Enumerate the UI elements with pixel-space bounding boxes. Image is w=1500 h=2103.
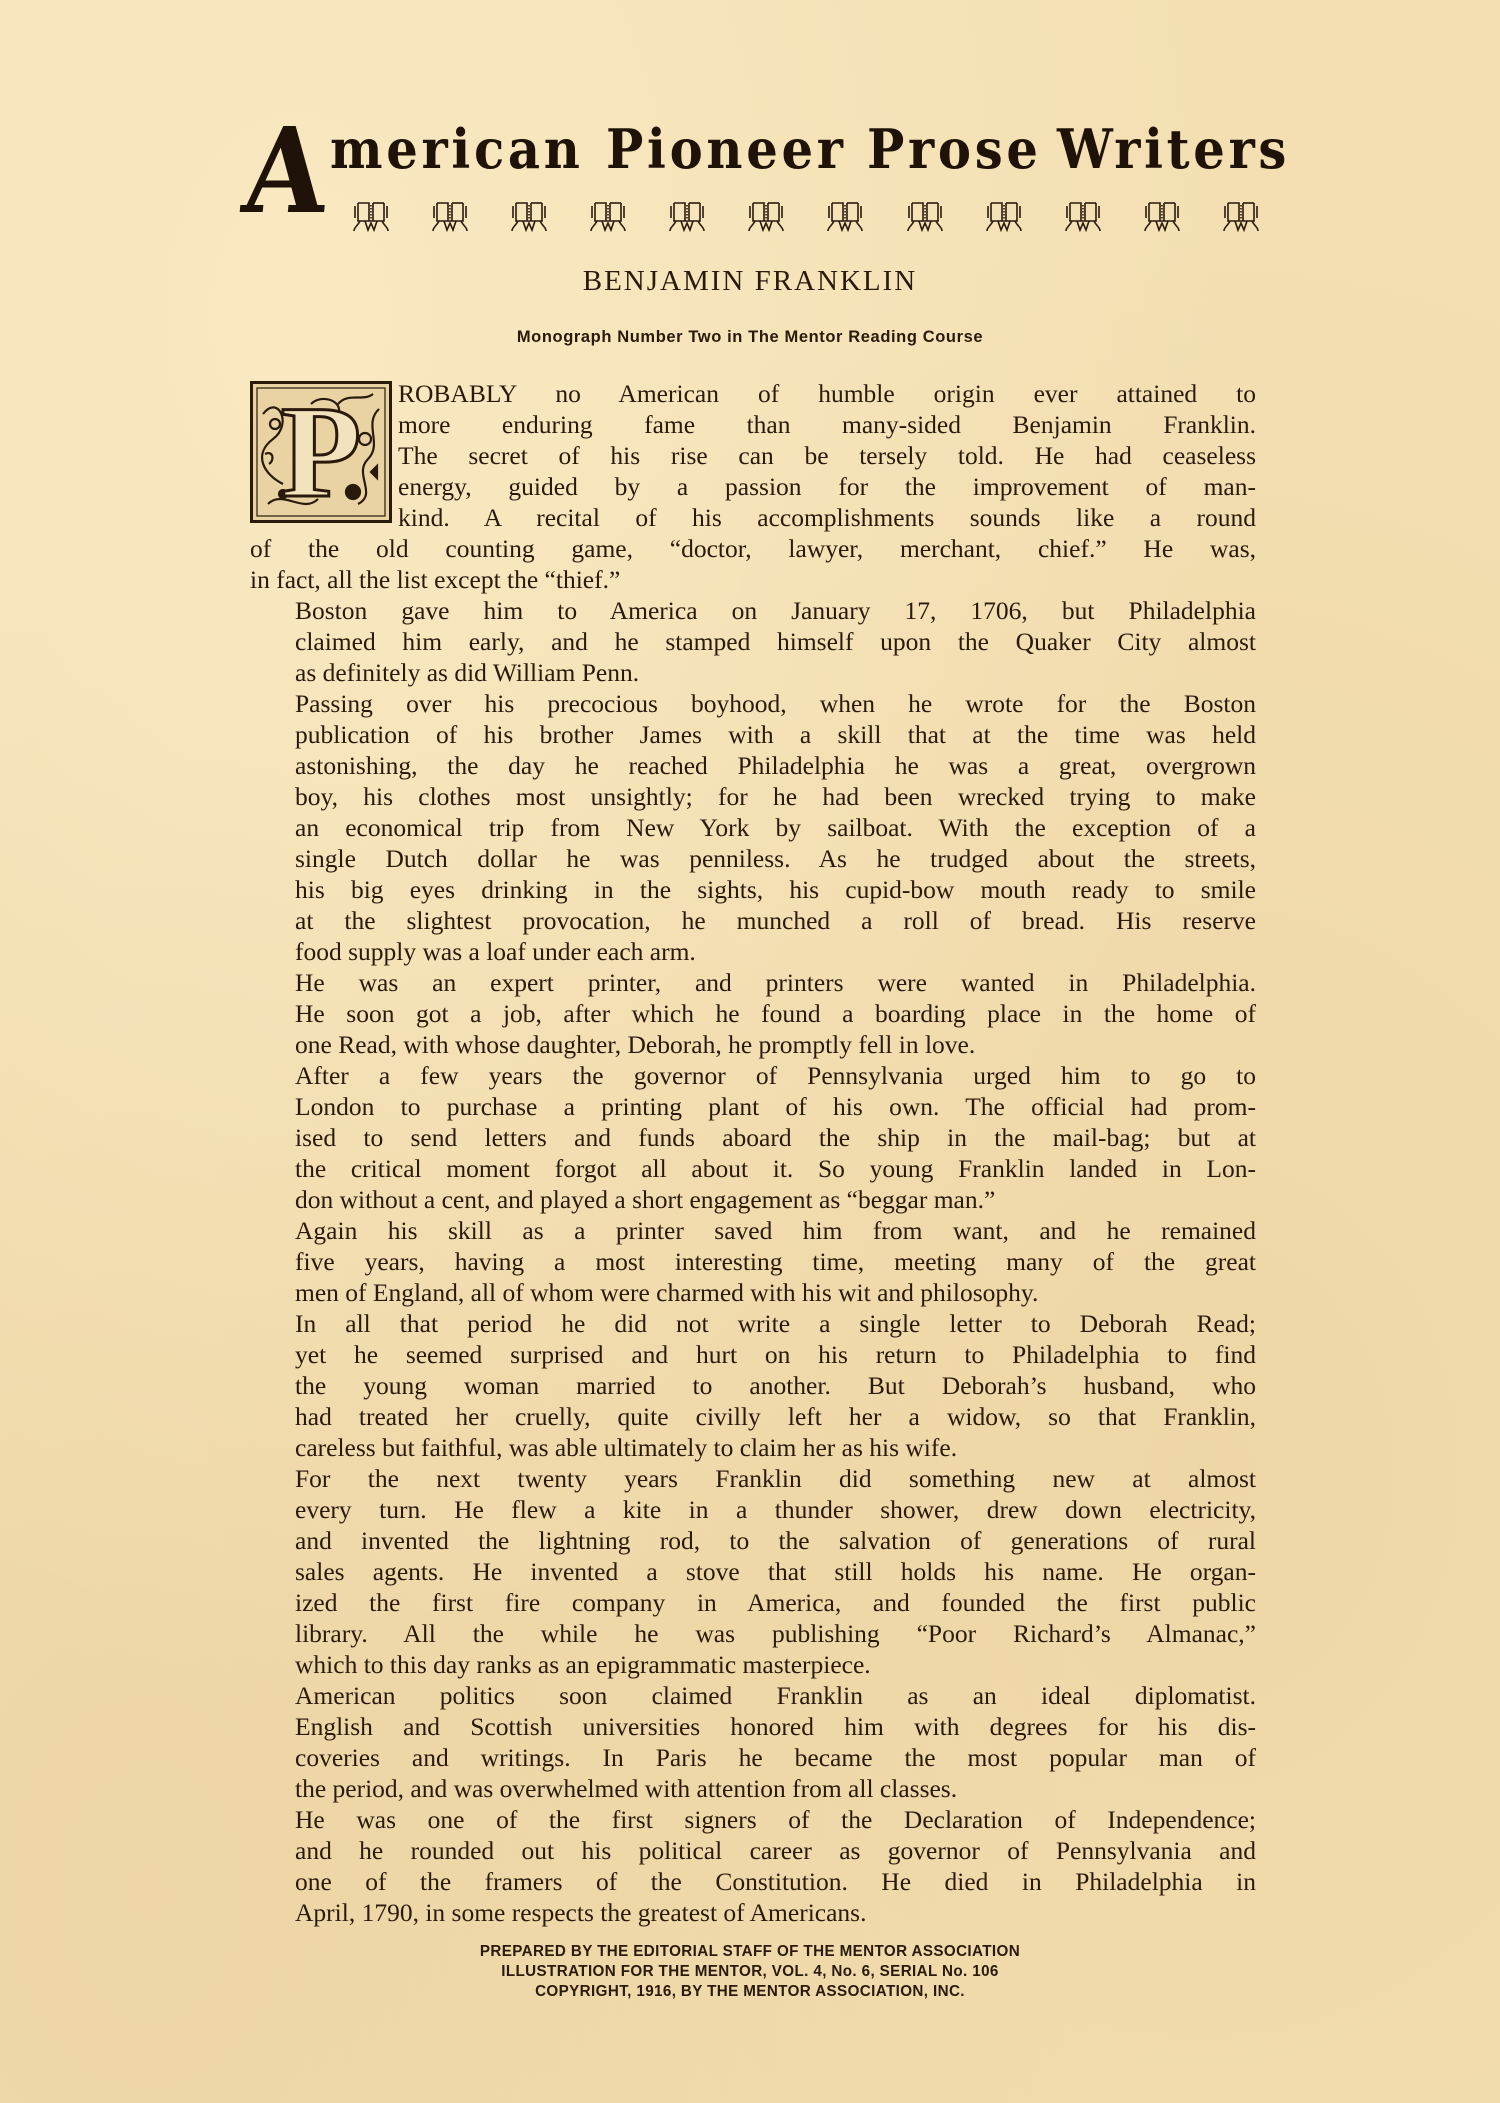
text-line: For the next twenty years Franklin did s… xyxy=(250,1463,1256,1494)
text-line: food supply was a loaf under each arm. xyxy=(250,936,1256,967)
article-body: P ROBABLY no American of humble origin e… xyxy=(250,378,1256,1928)
page-title: merican Pioneer Prose Writers xyxy=(330,122,1260,176)
text-line: Boston gave him to America on January 17… xyxy=(250,595,1256,626)
text-line: five years, having a most interesting ti… xyxy=(250,1246,1256,1277)
text-line: the critical moment forgot all about it.… xyxy=(250,1153,1256,1184)
ornament-row xyxy=(352,200,1260,243)
text-line: at the slightest provocation, he munched… xyxy=(250,905,1256,936)
title-word: Pioneer xyxy=(606,122,847,176)
text-line: the young woman married to another. But … xyxy=(250,1370,1256,1401)
document-page: A merican Pioneer Prose Writers BENJAMIN… xyxy=(0,0,1500,2103)
text-line: single Dutch dollar he was penniless. As… xyxy=(250,843,1256,874)
title-word: Prose xyxy=(867,122,1042,176)
text-line: He was an expert printer, and printers w… xyxy=(250,967,1256,998)
text-line: one Read, with whose daughter, Deborah, … xyxy=(250,1029,1256,1060)
text-line: men of England, all of whom were charmed… xyxy=(250,1277,1256,1308)
text-line: In all that period he did not write a si… xyxy=(250,1308,1256,1339)
text-line: publication of his brother James with a … xyxy=(250,719,1256,750)
book-ornament-icon xyxy=(1143,200,1181,243)
book-ornament-icon xyxy=(826,200,864,243)
text-line: After a few years the governor of Pennsy… xyxy=(250,1060,1256,1091)
book-ornament-icon xyxy=(906,200,944,243)
text-line: and invented the lightning rod, to the s… xyxy=(250,1525,1256,1556)
text-line: The secret of his rise can be tersely to… xyxy=(250,440,1256,471)
text-line: April, 1790, in some respects the greate… xyxy=(250,1897,1256,1928)
text-line: the period, and was overwhelmed with att… xyxy=(250,1773,1256,1804)
footer-illustration-ref: ILLUSTRATION FOR THE MENTOR, VOL. 4, No.… xyxy=(38,1962,1463,1982)
paragraph: For the next twenty years Franklin did s… xyxy=(250,1463,1256,1680)
text-line: Again his skill as a printer saved him f… xyxy=(250,1215,1256,1246)
book-ornament-icon xyxy=(668,200,706,243)
footer-copyright: COPYRIGHT, 1916, BY THE MENTOR ASSOCIATI… xyxy=(38,1982,1463,2002)
title-initial: A xyxy=(239,112,333,230)
subtitle: Monograph Number Two in The Mentor Readi… xyxy=(0,328,1500,347)
text-line: which to this day ranks as an epigrammat… xyxy=(250,1649,1256,1680)
text-line: his big eyes drinking in the sights, his… xyxy=(250,874,1256,905)
book-ornament-icon xyxy=(352,200,390,243)
text-line: of the old counting game, “doctor, lawye… xyxy=(250,533,1256,564)
drop-cap-letter: P xyxy=(253,384,389,520)
paragraph: In all that period he did not write a si… xyxy=(250,1308,1256,1463)
text-line: had treated her cruelly, quite civilly l… xyxy=(250,1401,1256,1432)
book-ornament-icon xyxy=(431,200,469,243)
text-line: London to purchase a printing plant of h… xyxy=(250,1091,1256,1122)
text-line: in fact, all the list except the “thief.… xyxy=(250,564,1256,595)
text-line: more enduring fame than many-sided Benja… xyxy=(250,409,1256,440)
text-line: as definitely as did William Penn. xyxy=(250,657,1256,688)
text-line: American politics soon claimed Franklin … xyxy=(250,1680,1256,1711)
paragraph: ROBABLY no American of humble origin eve… xyxy=(250,378,1256,595)
text-line: don without a cent, and played a short e… xyxy=(250,1184,1256,1215)
text-line: He soon got a job, after which he found … xyxy=(250,998,1256,1029)
text-line: every turn. He flew a kite in a thunder … xyxy=(250,1494,1256,1525)
book-ornament-icon xyxy=(747,200,785,243)
paragraph: After a few years the governor of Pennsy… xyxy=(250,1060,1256,1215)
text-line: English and Scottish universities honore… xyxy=(250,1711,1256,1742)
title-word: Writers xyxy=(1057,122,1290,176)
text-line: library. All the while he was publishing… xyxy=(250,1618,1256,1649)
book-ornament-icon xyxy=(1064,200,1102,243)
text-line: yet he seemed surprised and hurt on his … xyxy=(250,1339,1256,1370)
text-line: energy, guided by a passion for the impr… xyxy=(250,471,1256,502)
text-line: one of the framers of the Constitution. … xyxy=(250,1866,1256,1897)
text-line: ized the first fire company in America, … xyxy=(250,1587,1256,1618)
paragraph: Passing over his precocious boyhood, whe… xyxy=(250,688,1256,967)
paragraph: He was one of the first signers of the D… xyxy=(250,1804,1256,1928)
text-line: and he rounded out his political career … xyxy=(250,1835,1256,1866)
text-line: He was one of the first signers of the D… xyxy=(250,1804,1256,1835)
subject-heading: BENJAMIN FRANKLIN xyxy=(0,265,1500,298)
text-line: coveries and writings. In Paris he becam… xyxy=(250,1742,1256,1773)
text-line: claimed him early, and he stamped himsel… xyxy=(250,626,1256,657)
book-ornament-icon xyxy=(985,200,1023,243)
text-line: ised to send letters and funds aboard th… xyxy=(250,1122,1256,1153)
text-line: careless but faithful, was able ultimate… xyxy=(250,1432,1256,1463)
title-word: merican xyxy=(330,122,584,176)
text-line: astonishing, the day he reached Philadel… xyxy=(250,750,1256,781)
text-line: sales agents. He invented a stove that s… xyxy=(250,1556,1256,1587)
text-line: an economical trip from New York by sail… xyxy=(250,812,1256,843)
illuminated-initial-p-icon: P xyxy=(250,381,392,523)
text-line: boy, his clothes most unsightly; for he … xyxy=(250,781,1256,812)
book-ornament-icon xyxy=(510,200,548,243)
footer-prepared-by: PREPARED BY THE EDITORIAL STAFF OF THE M… xyxy=(38,1942,1463,1962)
text-line: kind. A recital of his accomplishments s… xyxy=(250,502,1256,533)
masthead: A merican Pioneer Prose Writers xyxy=(250,118,1260,243)
text-line: Passing over his precocious boyhood, whe… xyxy=(250,688,1256,719)
paragraph: Boston gave him to America on January 17… xyxy=(250,595,1256,688)
paragraph: American politics soon claimed Franklin … xyxy=(250,1680,1256,1804)
book-ornament-icon xyxy=(589,200,627,243)
paragraph: Again his skill as a printer saved him f… xyxy=(250,1215,1256,1308)
footer-credits: PREPARED BY THE EDITORIAL STAFF OF THE M… xyxy=(0,1942,1500,2002)
paragraph: He was an expert printer, and printers w… xyxy=(250,967,1256,1060)
text-line: ROBABLY no American of humble origin eve… xyxy=(250,378,1256,409)
book-ornament-icon xyxy=(1222,200,1260,243)
